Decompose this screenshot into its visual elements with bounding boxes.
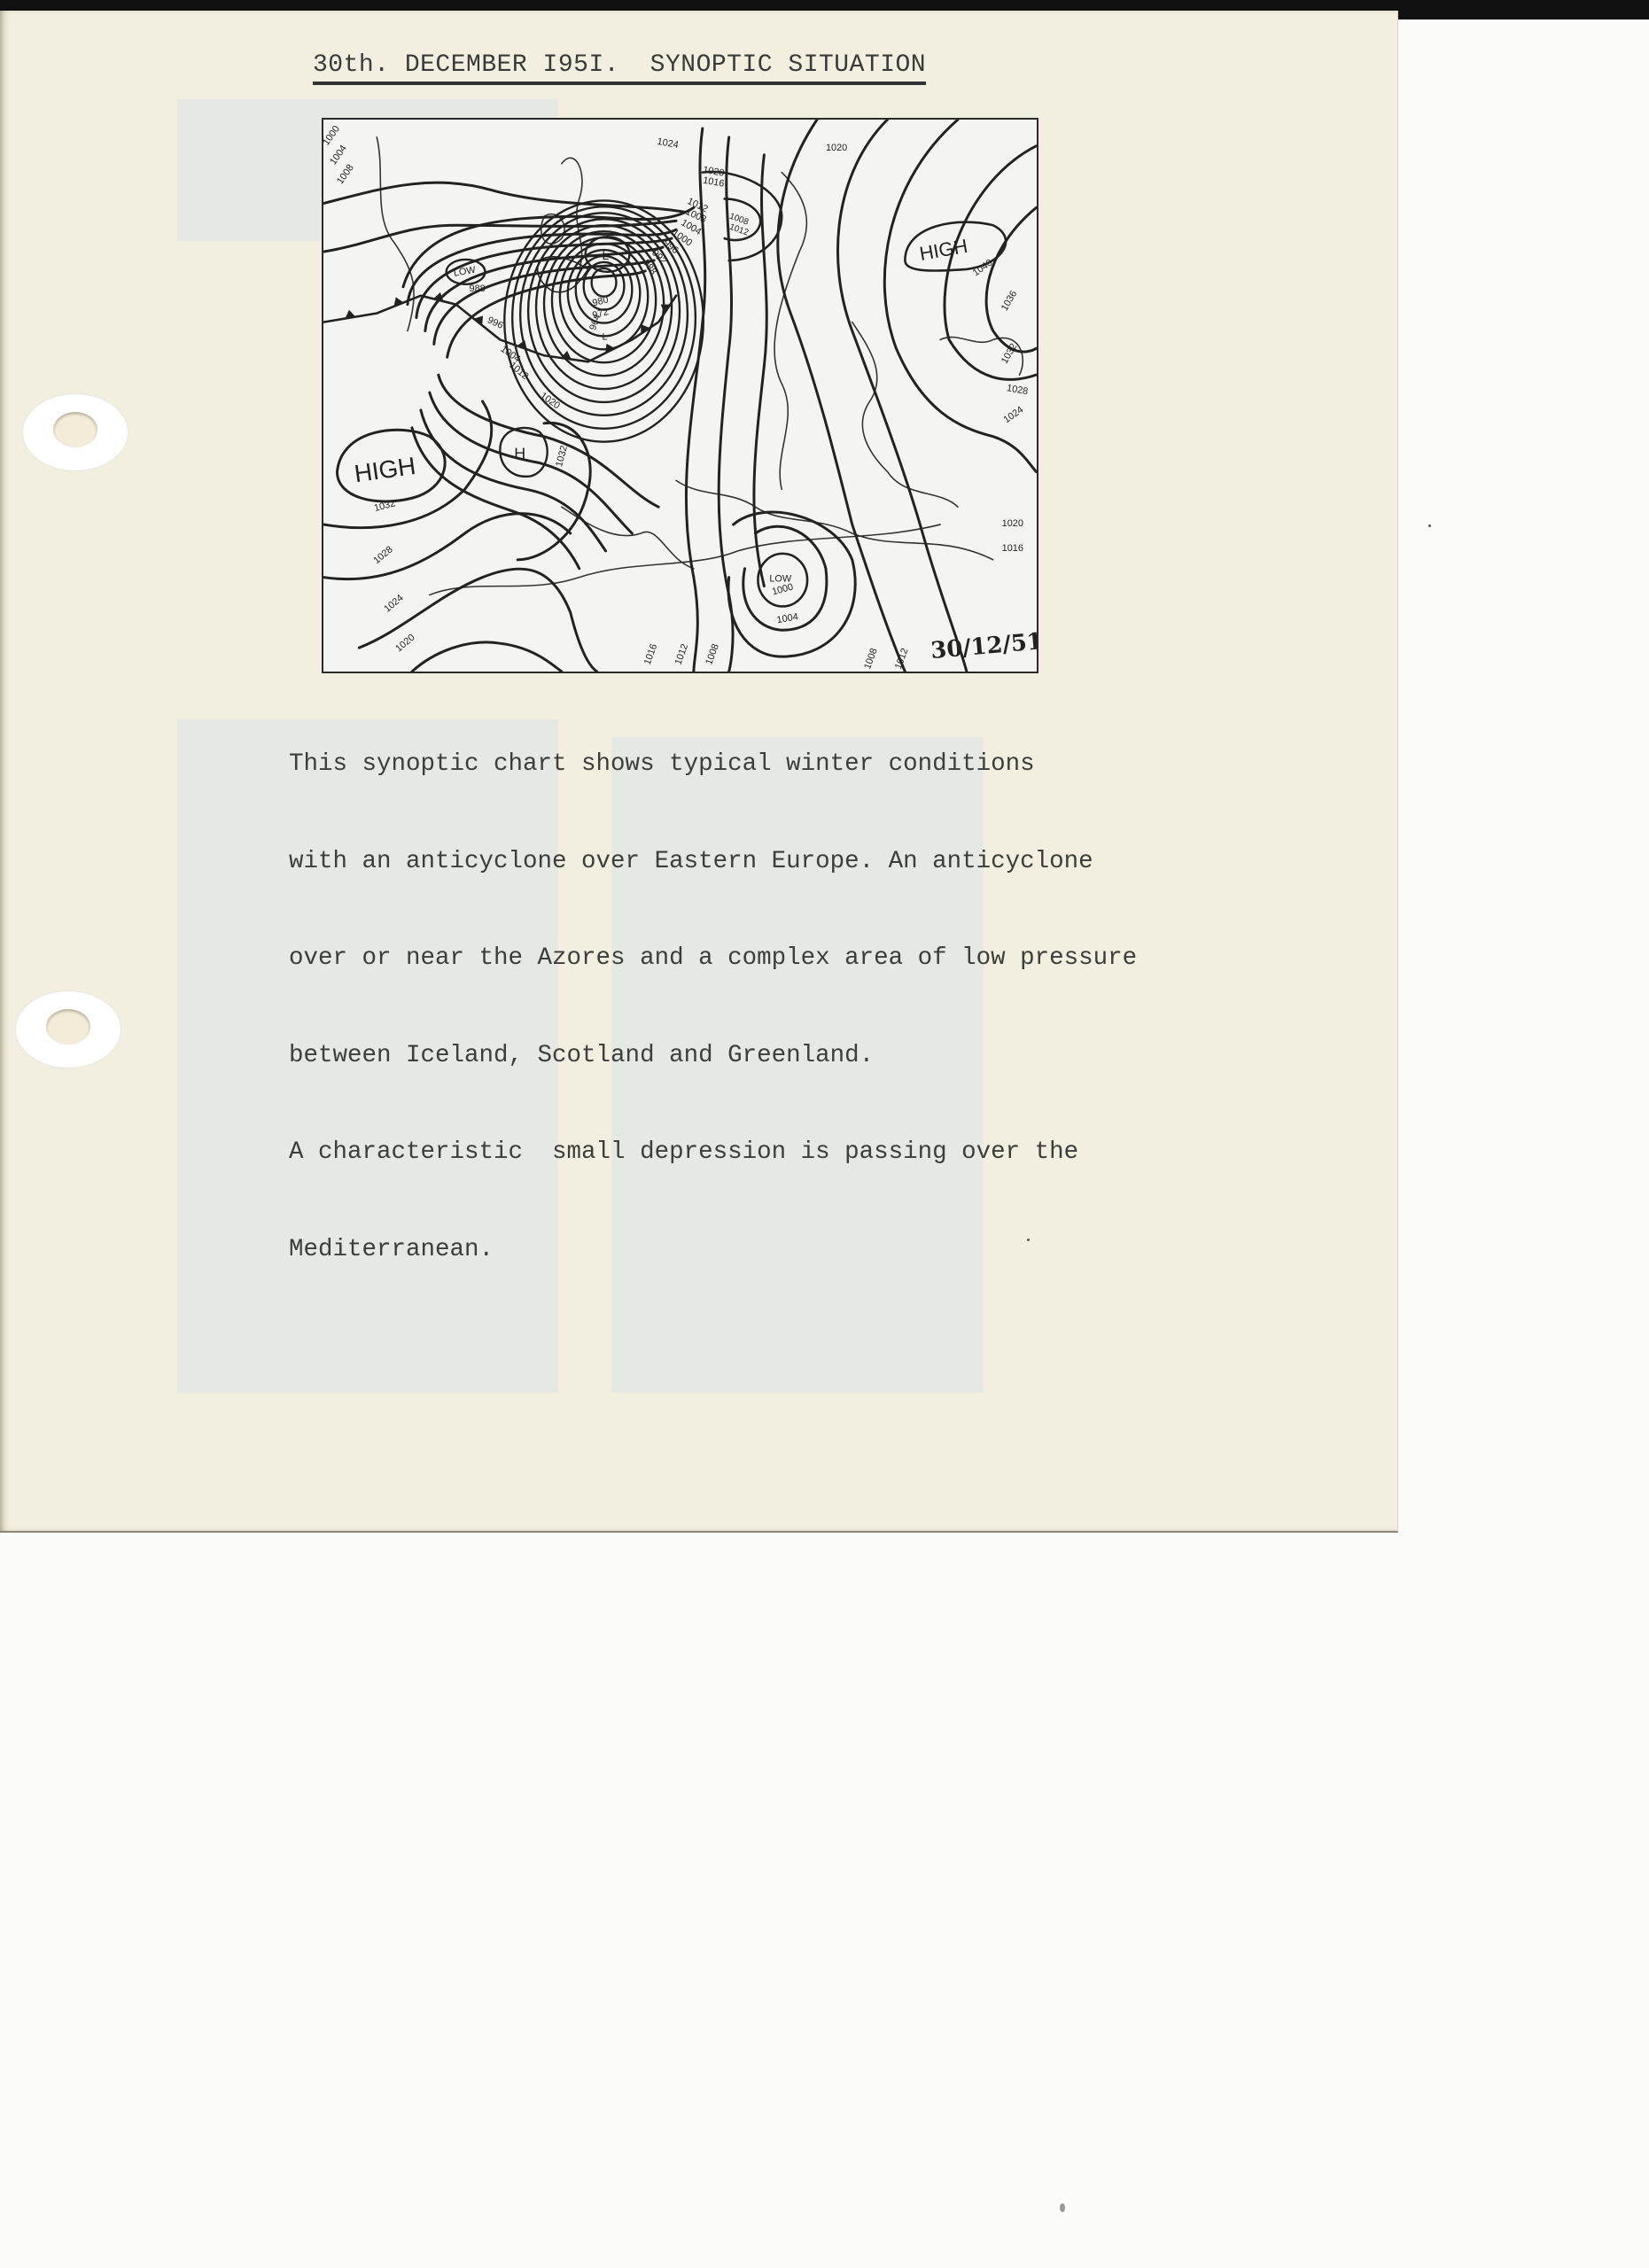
svg-text:1020: 1020: [1002, 518, 1023, 529]
svg-text:1036: 1036: [1000, 289, 1020, 313]
binder-hole-reinforcement: [23, 394, 128, 470]
svg-text:1032: 1032: [554, 445, 570, 469]
description-line: This synoptic chart shows typical winter…: [289, 749, 1137, 781]
svg-text:1024: 1024: [657, 136, 680, 151]
svg-text:988: 988: [470, 283, 486, 294]
svg-text:30/12/51: 30/12/51: [930, 628, 1037, 664]
binder-hole-reinforcement: [16, 991, 121, 1068]
page-title: 30th. DECEMBER I95I. SYNOPTIC SITUATION: [313, 51, 926, 85]
svg-text:1028: 1028: [1006, 383, 1029, 397]
svg-text:996: 996: [486, 315, 505, 331]
synoptic-chart: LOWL980972964LHIGH1040HIGH1032H1032LOW10…: [322, 118, 1038, 673]
svg-text:980: 980: [591, 294, 610, 308]
svg-text:1028: 1028: [371, 544, 394, 566]
dust-speck: [1027, 1239, 1030, 1241]
description-line: Mediterranean.: [289, 1234, 1137, 1267]
svg-text:L: L: [603, 248, 610, 262]
svg-text:1016: 1016: [642, 642, 660, 666]
description-line: between Iceland, Scotland and Greenland.: [289, 1040, 1137, 1073]
chart-description: This synoptic chart shows typical winter…: [289, 684, 1137, 1299]
svg-text:1024: 1024: [1001, 405, 1025, 426]
svg-text:1032: 1032: [1000, 342, 1020, 366]
description-line: A characteristic small depression is pas…: [289, 1137, 1137, 1169]
svg-text:1004: 1004: [776, 611, 799, 625]
svg-text:1016: 1016: [1002, 543, 1023, 554]
svg-text:1024: 1024: [382, 593, 405, 615]
svg-text:1020: 1020: [393, 633, 416, 655]
svg-text:1008: 1008: [335, 162, 356, 186]
description-line: over or near the Azores and a complex ar…: [289, 943, 1137, 975]
svg-text:L: L: [603, 331, 608, 342]
svg-text:H: H: [514, 445, 525, 462]
dust-speck: [1060, 2203, 1065, 2212]
svg-text:964: 964: [587, 313, 603, 331]
dust-speck: [1428, 524, 1431, 527]
svg-text:HIGH: HIGH: [353, 452, 417, 487]
svg-text:1012: 1012: [673, 642, 691, 666]
svg-text:HIGH: HIGH: [918, 235, 969, 265]
svg-text:1008: 1008: [704, 642, 721, 666]
svg-text:1020: 1020: [826, 143, 847, 153]
description-line: with an anticyclone over Eastern Europe.…: [289, 846, 1137, 879]
svg-text:1008: 1008: [862, 647, 880, 671]
